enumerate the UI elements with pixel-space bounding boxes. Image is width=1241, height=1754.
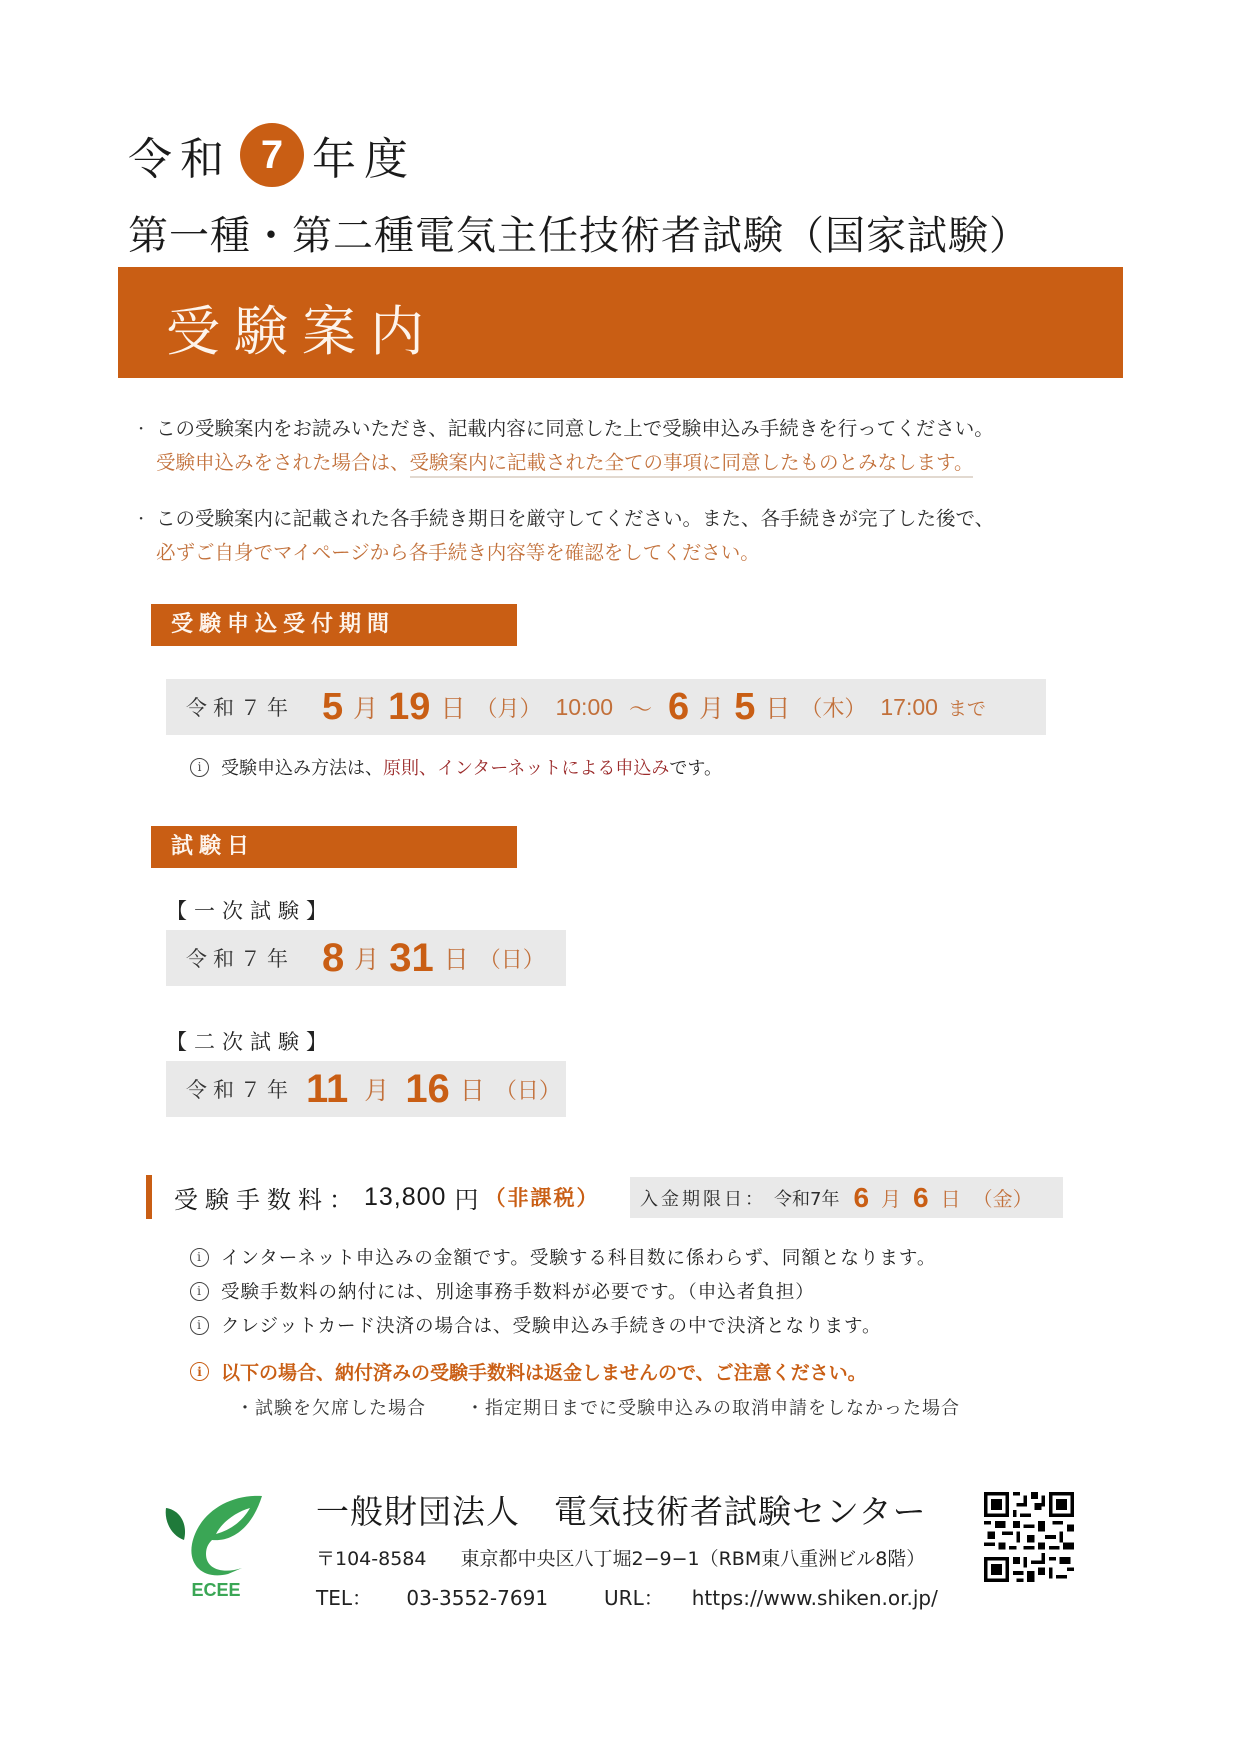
tel-number: 03-3552-7691 (406, 1586, 548, 1610)
month-unit: 月 (881, 1183, 901, 1212)
payment-deadline-box: 入金期限日： 令和7年 6 月 6 日 （金） (630, 1177, 1063, 1218)
notice-emphasis-underlined: 受験案内に記載された全ての事項に同意したものとみなします。 (410, 451, 974, 478)
refund-warning: i以下の場合、納付済みの受験手数料は返金しませんので、ご注意ください。 (190, 1358, 867, 1385)
end-weekday: （木） (800, 692, 866, 723)
exam-day: 16 (405, 1067, 450, 1112)
leaf-e-logo-icon: ECEE (158, 1490, 274, 1600)
refund-warning-items: ・試験を欠席した場合 ・指定期日までに受験申込みの取消申請をしなかった場合 (236, 1394, 1000, 1420)
tel-label: TEL： (316, 1586, 372, 1610)
notice-text: この受験案内に記載された各手続き期日を厳守してください。また、各手続きが完了した… (156, 507, 994, 530)
ecee-logo: ECEE (158, 1490, 274, 1600)
notice-list: ·この受験案内をお読みいただき、記載内容に同意した上で受験申込み手続きを行ってく… (138, 412, 1098, 592)
fee-note: iインターネット申込みの金額です。受験する科目数に係わらず、同額となります。 (190, 1240, 936, 1274)
era-year: 令和７年 (186, 692, 294, 722)
organization-name: 一般財団法人 電気技術者試験センター (316, 1486, 927, 1533)
day-unit: 日 (440, 689, 465, 725)
era-prefix: 令和 (128, 123, 232, 187)
tel-group: TEL： 03-3552-7691 (316, 1586, 576, 1610)
notice-emphasis: 受験申込みをされた場合は、 (156, 451, 410, 474)
notice-emphasis: 必ずご自身でマイページから各手続き内容等を確認をしてください。 (156, 541, 760, 564)
info-icon: i (190, 1282, 209, 1301)
month-unit: 月 (353, 689, 378, 725)
deadline-weekday: （金） (973, 1183, 1033, 1212)
organization-address: 〒104-8584東京都中央区八丁堀2−9−1（RBM東八重洲ビル8階） (316, 1544, 959, 1571)
first-exam-date-box: 令和７年 8 月 31 日 （日） (166, 930, 566, 986)
fee-notes-list: iインターネット申込みの金額です。受験する科目数に係わらず、同額となります。 i… (190, 1240, 936, 1342)
exam-title: 第一種・第二種電気主任技術者試験（国家試験） (128, 204, 1030, 261)
exam-month: 8 (322, 936, 344, 981)
deadline-day: 6 (913, 1182, 929, 1214)
fee-note-text: インターネット申込みの金額です。受験する科目数に係わらず、同額となります。 (221, 1244, 936, 1270)
start-month: 5 (322, 686, 343, 729)
note-text: 受験申込み方法は、 (221, 754, 383, 780)
warning-item: ・試験を欠席した場合 (236, 1394, 426, 1420)
info-icon: i (190, 758, 209, 777)
info-icon: i (190, 1248, 209, 1267)
warning-text: 以下の場合、納付済みの受験手数料は返金しませんので、ご注意ください。 (221, 1358, 867, 1385)
bullet-dot: · (138, 412, 156, 446)
notice-item: ·この受験案内に記載された各手続き期日を厳守してください。また、各手続きが完了し… (138, 502, 1098, 570)
title-banner: 受験案内 (118, 267, 1123, 378)
info-icon: i (190, 1316, 209, 1335)
warning-info-icon: i (190, 1362, 209, 1381)
postal-code: 〒104-8584 (316, 1548, 426, 1570)
warning-line: i以下の場合、納付済みの受験手数料は返金しませんので、ご注意ください。 (190, 1358, 867, 1385)
qr-code-icon (984, 1492, 1074, 1582)
day-unit: 日 (941, 1183, 961, 1212)
day-unit: 日 (444, 940, 469, 976)
start-time: 10:00 (555, 694, 613, 721)
fee-amount: 13,800 (364, 1183, 446, 1212)
exam-fee-row: 受験手数料： 13,800 円 （非課税） (146, 1172, 599, 1222)
second-exam-date-box: 令和７年 11 月 16 日 （日） (166, 1061, 566, 1117)
year-number-badge: 7 (240, 123, 304, 187)
application-period-box: 令和７年 5 月 19 日 （月） 10:00 ～ 6 月 5 日 （木） 17… (166, 679, 1046, 735)
section-header-application-period: 受験申込受付期間 (151, 604, 517, 646)
range-separator: ～ (629, 691, 652, 724)
era-year: 令和7年 (774, 1185, 839, 1211)
fiscal-year-heading: 令和 7 年度 (128, 122, 416, 188)
end-time: 17:00 (880, 694, 938, 721)
website-link[interactable]: https://www.shiken.or.jp/ (692, 1586, 938, 1610)
end-day: 5 (734, 686, 755, 729)
warning-item: ・指定期日までに受験申込みの取消申請をしなかった場合 (466, 1394, 960, 1420)
fee-note: i受験手数料の納付には、別途事務手数料が必要です。（申込者負担） (190, 1274, 936, 1308)
accent-bar (146, 1175, 152, 1219)
note-text: です。 (669, 754, 722, 780)
second-exam-label: 【二次試験】 (166, 1026, 334, 1056)
tax-note: （非課税） (484, 1182, 599, 1212)
era-suffix: 年度 (312, 123, 416, 187)
svg-text:ECEE: ECEE (191, 1580, 240, 1600)
organization-contact: TEL： 03-3552-7691URL：https://www.shiken.… (316, 1582, 994, 1611)
fee-label: 受験手数料： (174, 1180, 360, 1215)
notice-item: ·この受験案内をお読みいただき、記載内容に同意した上で受験申込み手続きを行ってく… (138, 412, 1098, 480)
deadline-month: 6 (853, 1182, 869, 1214)
fee-currency: 円 (454, 1180, 478, 1215)
url-group: URL：https://www.shiken.or.jp/ (604, 1586, 966, 1610)
note-highlight: 原則、インターネットによる申込み (383, 754, 669, 780)
notice-text: この受験案内をお読みいただき、記載内容に同意した上で受験申込み手続きを行ってくだ… (156, 417, 994, 440)
until-label: まで (948, 694, 986, 721)
qr-code[interactable] (984, 1492, 1074, 1582)
section-header-exam-dates: 試験日 (151, 826, 517, 868)
fee-note-text: クレジットカード決済の場合は、受験申込み手続きの中で決済となります。 (221, 1312, 882, 1338)
day-unit: 日 (765, 689, 790, 725)
exam-weekday: （日） (495, 1074, 561, 1105)
bullet-dot: · (138, 502, 156, 536)
street-address: 東京都中央区八丁堀2−9−1（RBM東八重洲ビル8階） (460, 1548, 925, 1570)
exam-month: 11 (306, 1067, 348, 1112)
start-day: 19 (388, 686, 430, 729)
end-month: 6 (668, 686, 689, 729)
era-year: 令和７年 (186, 943, 294, 973)
exam-weekday: （日） (479, 943, 545, 974)
exam-day: 31 (389, 936, 434, 981)
fee-note-text: 受験手数料の納付には、別途事務手数料が必要です。（申込者負担） (221, 1278, 815, 1304)
start-weekday: （月） (475, 692, 541, 723)
month-unit: 月 (364, 1071, 389, 1107)
day-unit: 日 (460, 1071, 485, 1107)
first-exam-label: 【一次試験】 (166, 895, 334, 925)
month-unit: 月 (699, 689, 724, 725)
month-unit: 月 (354, 940, 379, 976)
deadline-label: 入金期限日： (640, 1185, 766, 1211)
url-label: URL： (604, 1586, 664, 1610)
era-year: 令和７年 (186, 1074, 294, 1104)
application-method-note: i 受験申込み方法は、 原則、インターネットによる申込み です。 (190, 754, 722, 780)
banner-title: 受験案内 (166, 289, 438, 366)
fee-note: iクレジットカード決済の場合は、受験申込み手続きの中で決済となります。 (190, 1308, 936, 1342)
